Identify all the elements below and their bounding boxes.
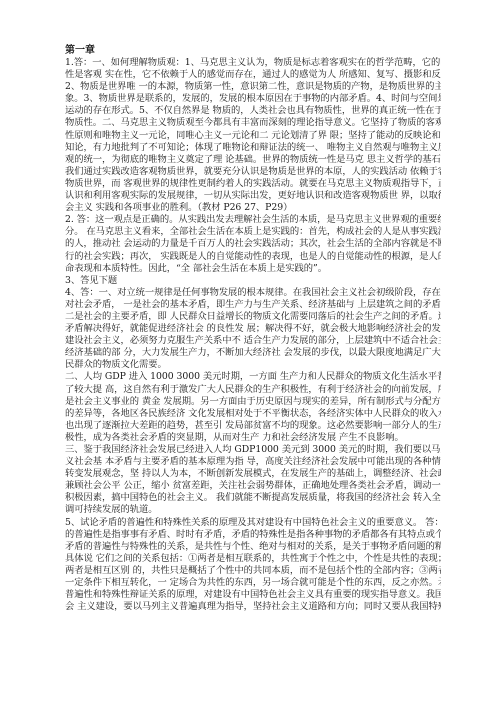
text-line: 矛盾解决得好，就能促进经济社会 的良性发 展；解决得不好，就会极大地影响经济社会… <box>65 323 441 335</box>
text-line: 矛盾的普遍性与特殊性的关系，是共性与个性、绝对与相对的关系，是关于事物矛盾问题的… <box>65 541 441 553</box>
text-line: 命表现和本质特性。因此，“全 部社会生活在本质上是实践的”。 <box>65 263 441 275</box>
text-line: 了较大提 高，这自然有利于激发广大人民群众的生产积极性，有利于经济社会的向前发展… <box>65 384 441 396</box>
text-line: 普遍性和特殊性辩证关系的原理，对建设有中国特色社会主义具有重要的现实指导意义。我… <box>65 589 441 601</box>
text-line: 1.答：一、如何理解物质观：1、马克思主义认为，物质是标志着客观实在的哲学范畴，… <box>65 57 441 69</box>
text-line: 行的社会实践；再次， 实践既是人的自觉能动性的表现，也是人的自觉能动性的根源，是… <box>65 251 441 263</box>
text-line: 3、答见下题 <box>65 275 441 287</box>
text-line: 经济基础的部 分，大力发展生产力，不断加大经济社 会发展的步伐，以最大限度地满足… <box>65 347 441 359</box>
text-line: 我们通过实践改造客观物质世界，就要充分认识是物质是世界的本原，人的实践活动 依赖… <box>65 166 441 178</box>
text-line: 二是社会的主要矛盾，即 人民群众日益增长的物质文化需要同落后的社会生产之间的矛盾… <box>65 311 441 323</box>
text-line: 2. 答：这一观点是正确的。从实践出发去理解社会生活的本质，是马克思主义世界观的… <box>65 214 441 226</box>
text-line: 兼顾社会公平 公正，缩小 贫富差距，关注社会弱势群体，正确地处理各类社会矛盾，调… <box>65 480 441 492</box>
text-line: 极性，成为各类社会矛盾的突显期，从而对生产 力和社会经济发展 产生不良影响。 <box>65 432 441 444</box>
text-line: 对社会矛盾， 一是社会的基本矛盾，即生产力与生产关系、经济基础与 上层建筑之间的… <box>65 299 441 311</box>
text-line: 二、人均 GDP 进入 1000 3000 美元时期，一方面 生产力和人民群众的… <box>65 371 441 383</box>
text-line: 调可持续发展的轨道。 <box>65 504 441 516</box>
text-line: 的人，推动社 会运动的力量是千百万人的社会实践活动；其次，社会生活的全部内容就是… <box>65 238 441 250</box>
text-line: 性原则和唯物主义一元论，同唯心主义一元论和二 元论划清了界 限；坚持了能动的反映… <box>65 130 441 142</box>
document-body: 1.答：一、如何理解物质观：1、马克思主义认为，物质是标志着客观实在的哲学范畴，… <box>65 57 441 613</box>
text-line: 物质性。二、马克思主义物质观至今都具有丰富而深刻的理论指导意义。它坚持了物质的客… <box>65 117 441 129</box>
text-line: 是社会主义事业的 黄金 发展期。另一方面由于历史原因与现实的差异，所有制形式与分… <box>65 396 441 408</box>
text-line: 运动的存在形式。5、不仅自然界是 物质的，人类社会也具有物质性，世界的真正统一性… <box>65 105 441 117</box>
text-line: 的普遍性是指事事有矛盾、时时有矛盾，矛盾的特殊性是指各种事物的矛盾都各有其特点或… <box>65 529 441 541</box>
text-line: 知论，有力地批判了不可知论；体现了唯物论和辩证法的统一、 唯物主义自然观与唯物主… <box>65 142 441 154</box>
text-line: 一定条件下相互转化，一 定场合为共性的东西，另一场合就可能是个性的东西，反之亦然… <box>65 577 441 589</box>
text-line: 认识和利用客观实际的发展规律，一切从实际出发，更好地认识和改造客观物质世 界，以… <box>65 190 441 202</box>
text-line: 物质世界，而 客观世界的规律性更制约着人的实践活动。就要在马克思主义物质观指导下… <box>65 178 441 190</box>
text-line: 会 主义建设，要以马列主义普遍真理为指导，坚持社会主义道路和方向；同时又要从我国… <box>65 601 441 613</box>
text-line: 象。3、物质世界是联系的，发展的，发展的根本原因在于事物的内部矛盾。4、时间与空… <box>65 93 441 105</box>
text-line: 义社会基 本矛盾与主要矛盾的基本原理为指 导，高度关注经济社会发展中可能出现的各… <box>65 456 441 468</box>
text-line: 建设社会主义，必须努力克服生产关系中不 适合生产力发展的部分，上层建筑中不适合社… <box>65 335 441 347</box>
text-line: 5、试论矛盾的普遍性和特殊性关系的原理及其对建设有中国特色社会主义的重要意义。 … <box>65 517 441 529</box>
text-line: 积极因素，搞中国特色的社会主义。 我们就能不断提高发展质量，将我国的经济社会 转… <box>65 492 441 504</box>
text-line: 具体说 它们之间的关系包括：①两者是相互联系的，共性寓于个性之中，个性是共性的表… <box>65 553 441 565</box>
text-line: 的差异等，各地区各民族经济 文化发展相对处于不平衡状态，各经济实体中人民群众的收… <box>65 408 441 420</box>
text-line: 4、答：一、对立统一规律是任何事物发展的根本规律。在我国社会主义社会初级阶段，存… <box>65 287 441 299</box>
document-page: 第一章 1.答：一、如何理解物质观：1、马克思主义认为，物质是标志着客观实在的哲… <box>65 44 441 613</box>
text-line: 也出现了逐渐拉大差距的趋势，甚至引 发局部贫富不均的现象。这必然要影响一部分人的… <box>65 420 441 432</box>
text-line: 三、鉴于我国经济社会发展已经进入人均 GDP1000 美元到 3000 美元的时… <box>65 444 441 456</box>
text-line: 会主义 实践和各项事业的胜利。（教材 P26 27、P29） <box>65 202 441 214</box>
text-line: 观的统一，为彻底的唯物主义奠定了理 论基础。世界的物质统一性是马克 思主义哲学的… <box>65 154 441 166</box>
text-line: 2、物质是世界唯 一的本源，物质第一性，意识第二性，意识是物质的产物，是物质世界… <box>65 81 441 93</box>
text-line: 转变发展观念，坚 持以人为本，不断创新发展模式，在发展生产的基础上，调整经济、社… <box>65 468 441 480</box>
text-line: 民群众的物质文化需要。 <box>65 359 441 371</box>
text-line: 性是客观 实在性，它不依赖于人的感觉而存在，通过人的感觉为人 所感知、复写、摄影… <box>65 69 441 81</box>
text-line: 两者是相互区别 的，共性只是概括了个性中的共同本质，而不是包括个性的全部内容；③… <box>65 565 441 577</box>
text-line: 分。 在马克思主义看来，全部社会生活在本质上是实践的：首先，构成社会的人是从事实… <box>65 226 441 238</box>
chapter-heading: 第一章 <box>65 44 441 57</box>
